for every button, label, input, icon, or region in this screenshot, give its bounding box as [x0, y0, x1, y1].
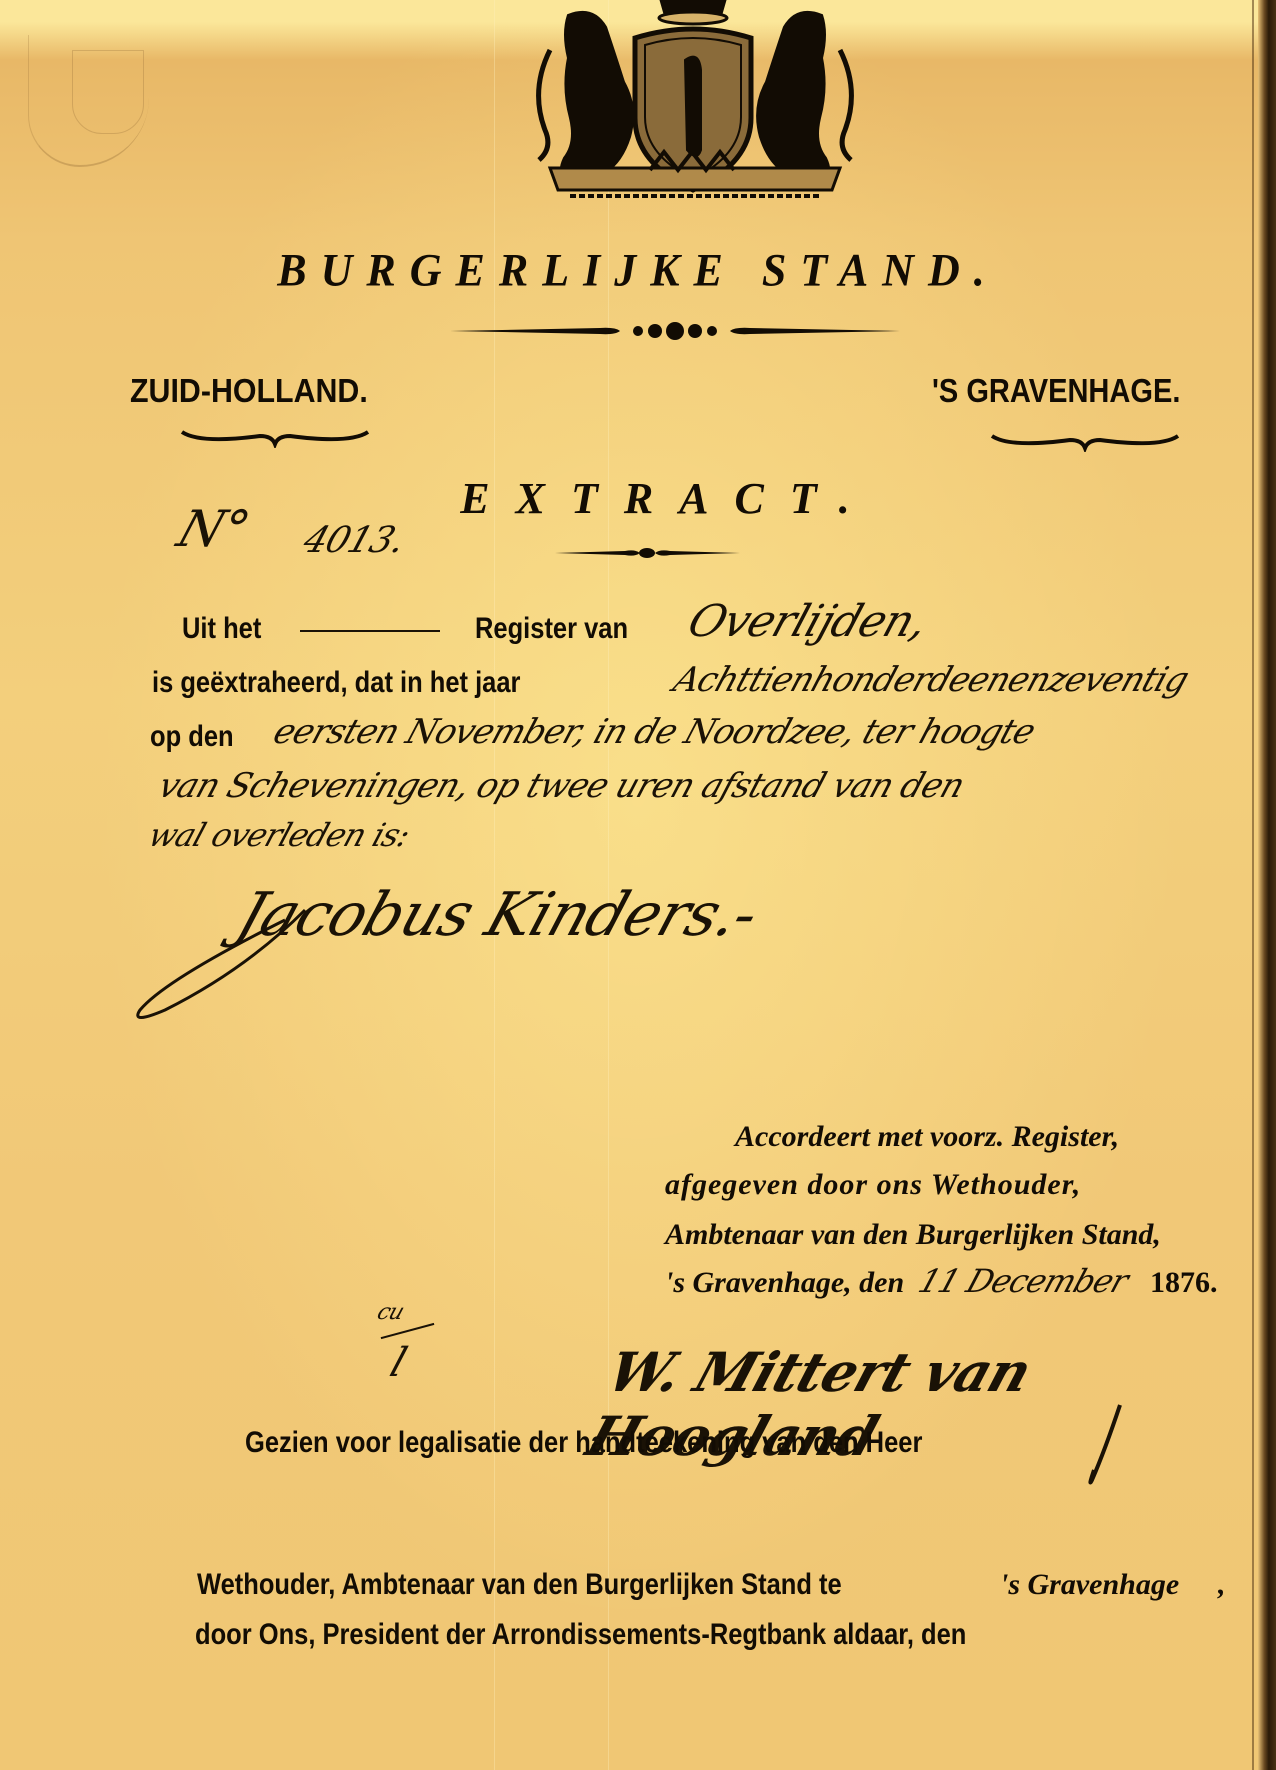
blank-rule	[300, 630, 440, 632]
record-number-value: 4013.	[298, 520, 409, 561]
legalisation-line-3: door Ons, President der Arrondissements-…	[195, 1618, 966, 1652]
legalisation-line-2: Wethouder, Ambtenaar van den Burgerlijke…	[197, 1568, 955, 1602]
handwritten-closing: wal overleden is:	[144, 816, 415, 854]
certification-line-2: afgegeven door ons Wethouder,	[665, 1168, 1081, 1202]
certification-handwritten-date: 11 December	[914, 1262, 1133, 1300]
legalisation-line-2-text: Wethouder, Ambtenaar van den Burgerlijke…	[197, 1568, 842, 1602]
certification-date-prefix: 's Gravenhage, den	[665, 1266, 904, 1300]
brace-ornament-icon	[180, 428, 370, 448]
legalisation-comma: ,	[1218, 1568, 1226, 1602]
document-page: BURGERLIJKE STAND. ZUID-HOLLAND. 'S GRAV…	[0, 0, 1276, 1770]
fee-note-bottom: l	[385, 1340, 412, 1386]
line1-middle: Register van	[475, 612, 628, 646]
legalisation-line-1: Gezien voor legalisatie der handteekenin…	[245, 1426, 922, 1460]
brace-ornament-icon	[990, 432, 1180, 452]
certification-year: 1876.	[1150, 1266, 1218, 1300]
legalisation-city: 's Gravenhage	[1000, 1568, 1179, 1602]
handwritten-year: Achttienhonderdeenenzeventig	[669, 660, 1194, 700]
flourish-icon	[125, 900, 315, 1030]
city-label: 'S GRAVENHAGE.	[932, 372, 1180, 410]
handwritten-register-type: Overlijden,	[682, 596, 934, 647]
fee-note-rule	[381, 1323, 435, 1339]
decorative-divider-icon	[555, 545, 740, 561]
document-title: BURGERLIJKE STAND.	[0, 244, 1276, 298]
signature-flourish-icon	[1080, 1400, 1140, 1490]
handwritten-location: van Scheveningen, op twee uren afstand v…	[154, 766, 969, 806]
line2-prefix: is geëxtraheerd, dat in het jaar	[152, 666, 520, 700]
province-label: ZUID-HOLLAND.	[130, 372, 368, 410]
fee-note-top: cu	[374, 1300, 407, 1325]
certification-line-3: Ambtenaar van den Burgerlijken Stand,	[665, 1218, 1161, 1252]
embossed-seal-shield-icon	[72, 50, 144, 134]
certification-line-1: Accordeert met voorz. Register,	[735, 1120, 1119, 1154]
handwritten-date-place: eersten November, in de Noordzee, ter ho…	[269, 712, 1040, 752]
coat-of-arms-crest-icon	[510, 0, 880, 215]
line1-prefix: Uit het	[182, 612, 261, 646]
line3-prefix: op den	[150, 720, 234, 754]
decorative-divider-icon	[450, 318, 900, 344]
